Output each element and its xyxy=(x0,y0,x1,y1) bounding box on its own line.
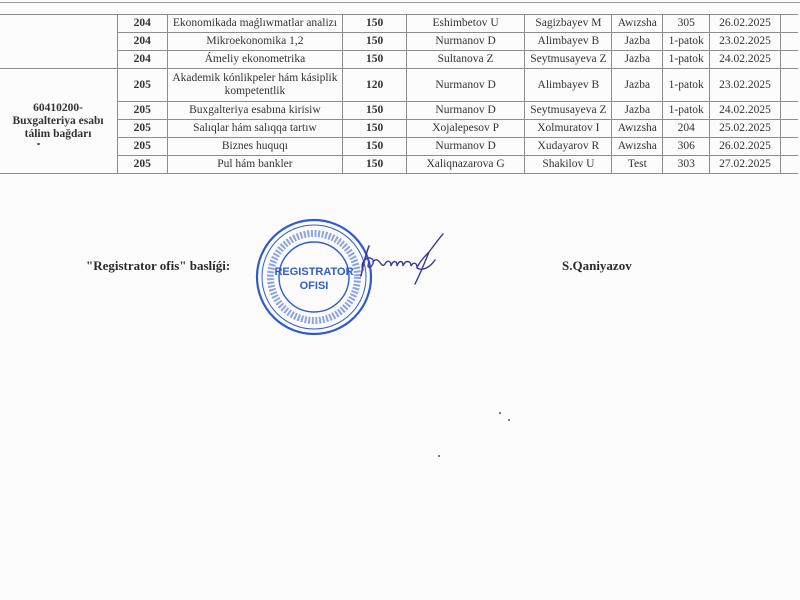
exam-type-cell: Jazba xyxy=(612,69,663,102)
date-cell: 25.02.2025 xyxy=(710,120,780,138)
group-cell: 205 xyxy=(118,156,168,174)
examiner-cell: Alimbayev B xyxy=(525,33,612,51)
scan-speck xyxy=(508,419,510,421)
edge-cell xyxy=(780,33,798,51)
group-cell: 205 xyxy=(118,102,168,120)
teacher-cell: Nurmanov D xyxy=(406,102,524,120)
registrar-name: S.Qaniyazov xyxy=(562,258,632,274)
hours-cell: 150 xyxy=(343,138,407,156)
direction-label: 60410200- Buxgalteriya esabı tálim bağda… xyxy=(2,102,114,141)
group-cell: 204 xyxy=(118,51,168,69)
signoff-title: "Registrator ofis" baslíǵi: xyxy=(86,258,230,274)
date-cell: 27.02.2025 xyxy=(710,156,780,174)
direction-cell: 60410200- Buxgalteriya esabı tálim bağda… xyxy=(0,69,118,174)
exam-schedule-table: 204 Ekonomikada maǵlıwmatlar analizı 150… xyxy=(0,14,798,174)
date-cell: 23.02.2025 xyxy=(710,33,780,51)
subject-cell: Pul hám bankler xyxy=(167,156,343,174)
direction-cell-top xyxy=(0,15,118,69)
group-cell: 204 xyxy=(118,15,168,33)
examiner-cell: Xudayarov R xyxy=(525,138,612,156)
subject-cell: Ekonomikada maǵlıwmatlar analizı xyxy=(167,15,343,33)
room-cell: 306 xyxy=(663,138,710,156)
signature-icon xyxy=(355,232,450,292)
exam-type-cell: Jazba xyxy=(612,102,663,120)
subject-cell: Biznes huquqı xyxy=(167,138,343,156)
exam-type-cell: Jazba xyxy=(612,51,663,69)
scan-speck xyxy=(438,455,440,457)
examiner-cell: Xolmuratov I xyxy=(525,120,612,138)
hours-cell: 150 xyxy=(343,51,407,69)
teacher-cell: Nurmanov D xyxy=(406,138,524,156)
date-cell: 23.02.2025 xyxy=(710,69,780,102)
edge-cell xyxy=(780,15,798,33)
date-cell: 26.02.2025 xyxy=(710,15,780,33)
edge-cell xyxy=(780,138,798,156)
table-row: 204 Ámeliy ekonometrika 150 Sultanova Z … xyxy=(0,51,798,69)
room-cell: 204 xyxy=(663,120,710,138)
scan-speck xyxy=(37,143,40,145)
subject-cell: Mikroekonomika 1,2 xyxy=(167,33,343,51)
teacher-cell: Nurmanov D xyxy=(406,69,524,102)
teacher-cell: Xojalepesov P xyxy=(406,120,524,138)
edge-cell xyxy=(780,102,798,120)
table-row: 205 Salıqlar hám salıqqa tartıw 150 Xoja… xyxy=(0,120,798,138)
scan-speck xyxy=(499,412,501,414)
hours-cell: 150 xyxy=(343,156,407,174)
exam-type-cell: Jazba xyxy=(612,33,663,51)
subject-cell: Akademik kónlikpeler hám kásiplik kompet… xyxy=(167,69,343,102)
group-cell: 205 xyxy=(118,120,168,138)
date-cell: 26.02.2025 xyxy=(710,138,780,156)
edge-cell xyxy=(780,120,798,138)
group-cell: 204 xyxy=(118,33,168,51)
table-row: 204 Mikroekonomika 1,2 150 Nurmanov D Al… xyxy=(0,33,798,51)
table-row: 205 Pul hám bankler 150 Xaliqnazarova G … xyxy=(0,156,798,174)
room-cell: 303 xyxy=(663,156,710,174)
room-cell: 1-patok xyxy=(663,33,710,51)
subject-cell: Salıqlar hám salıqqa tartıw xyxy=(167,120,343,138)
room-cell: 1-patok xyxy=(663,51,710,69)
edge-cell xyxy=(780,156,798,174)
examiner-cell: Shakilov U xyxy=(525,156,612,174)
table-row: 205 Biznes huquqı 150 Nurmanov D Xudayar… xyxy=(0,138,798,156)
group-cell: 205 xyxy=(118,138,168,156)
svg-text:OFISI: OFISI xyxy=(300,280,329,292)
room-cell: 1-patok xyxy=(663,102,710,120)
svg-text:REGISTRATOR: REGISTRATOR xyxy=(274,266,353,278)
subject-cell: Buxgalteriya esabına kirisiw xyxy=(167,102,343,120)
examiner-cell: Alimbayev B xyxy=(525,69,612,102)
exam-type-cell: Awızsha xyxy=(612,120,663,138)
subject-cell: Ámeliy ekonometrika xyxy=(167,51,343,69)
table-row: 205 Buxgalteriya esabına kirisiw 150 Nur… xyxy=(0,102,798,120)
room-cell: 305 xyxy=(663,15,710,33)
exam-type-cell: Awızsha xyxy=(612,138,663,156)
hours-cell: 120 xyxy=(343,69,407,102)
teacher-cell: Nurmanov D xyxy=(406,33,524,51)
hours-cell: 150 xyxy=(343,33,407,51)
exam-type-cell: Test xyxy=(612,156,663,174)
hours-cell: 150 xyxy=(343,120,407,138)
teacher-cell: Eshimbetov U xyxy=(406,15,524,33)
room-cell: 1-patok xyxy=(663,69,710,102)
edge-cell xyxy=(780,69,798,102)
top-border-line xyxy=(0,2,800,3)
table-row: 60410200- Buxgalteriya esabı tálim bağda… xyxy=(0,69,798,102)
teacher-cell: Xaliqnazarova G xyxy=(406,156,524,174)
teacher-cell: Sultanova Z xyxy=(406,51,524,69)
date-cell: 24.02.2025 xyxy=(710,102,780,120)
group-cell: 205 xyxy=(118,69,168,102)
exam-type-cell: Awızsha xyxy=(612,15,663,33)
edge-cell xyxy=(780,51,798,69)
examiner-cell: Sagizbayev M xyxy=(525,15,612,33)
table-row: 204 Ekonomikada maǵlıwmatlar analizı 150… xyxy=(0,15,798,33)
date-cell: 24.02.2025 xyxy=(710,51,780,69)
examiner-cell: Seytmusayeva Z xyxy=(525,51,612,69)
examiner-cell: Seytmusayeva Z xyxy=(525,102,612,120)
hours-cell: 150 xyxy=(343,15,407,33)
hours-cell: 150 xyxy=(343,102,407,120)
